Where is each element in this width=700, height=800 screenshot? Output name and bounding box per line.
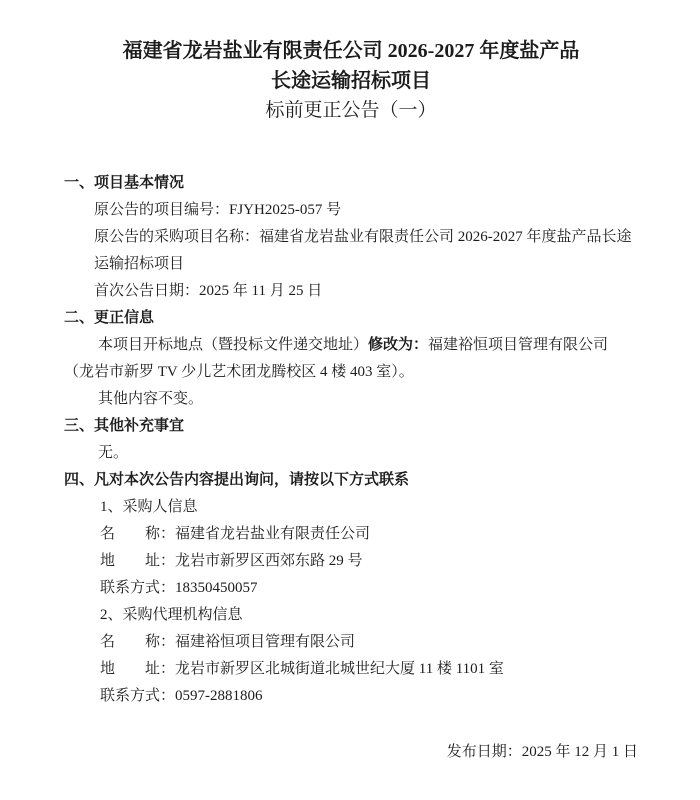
purchaser-address: 地 址：龙岩市新罗区西郊东路 29 号 xyxy=(64,548,638,575)
supplementary-content: 无。 xyxy=(64,440,638,467)
section-correction-info: 二、更正信息 本项目开标地点（暨投标文件递交地址）修改为：福建裕恒项目管理有限公… xyxy=(64,305,638,413)
document-body: 一、项目基本情况 原公告的项目编号：FJYH2025-057 号 原公告的采购项… xyxy=(64,170,638,710)
document-content: 福建省龙岩盐业有限责任公司 2026-2027 年度盐产品 长途运输招标项目 标… xyxy=(0,0,700,710)
correction-bold-label: 修改为： xyxy=(368,337,428,353)
section-supplementary: 三、其他补充事宜 无。 xyxy=(64,413,638,467)
project-name: 原公告的采购项目名称：福建省龙岩盐业有限责任公司 2026-2027 年度盐产品… xyxy=(64,224,638,278)
agency-name: 名 称：福建裕恒项目管理有限公司 xyxy=(64,629,638,656)
agency-subheading: 2、采购代理机构信息 xyxy=(64,602,638,629)
agency-contact: 联系方式：0597-2881806 xyxy=(64,683,638,710)
correction-notice-document: 福建省龙岩盐业有限责任公司 2026-2027 年度盐产品 长途运输招标项目 标… xyxy=(0,0,700,800)
correction-paragraph: 本项目开标地点（暨投标文件递交地址）修改为：福建裕恒项目管理有限公司（龙岩市新罗… xyxy=(64,332,638,386)
purchaser-name: 名 称：福建省龙岩盐业有限责任公司 xyxy=(64,521,638,548)
unchanged-note: 其他内容不变。 xyxy=(64,386,638,413)
title-line-2: 长途运输招标项目 xyxy=(64,66,638,96)
document-subtitle: 标前更正公告（一） xyxy=(64,96,638,125)
purchaser-contact: 联系方式：18350450057 xyxy=(64,575,638,602)
document-title: 福建省龙岩盐业有限责任公司 2026-2027 年度盐产品 长途运输招标项目 xyxy=(64,36,638,96)
purchaser-subheading: 1、采购人信息 xyxy=(64,494,638,521)
section1-heading: 一、项目基本情况 xyxy=(64,170,638,197)
project-number: 原公告的项目编号：FJYH2025-057 号 xyxy=(64,197,638,224)
agency-address: 地 址：龙岩市新罗区北城街道北城世纪大厦 11 楼 1101 室 xyxy=(64,656,638,683)
section-contact: 四、凡对本次公告内容提出询问，请按以下方式联系 1、采购人信息 名 称：福建省龙… xyxy=(64,467,638,710)
publish-date: 发布日期：2025 年 12 月 1 日 xyxy=(447,740,638,764)
section-basic-info: 一、项目基本情况 原公告的项目编号：FJYH2025-057 号 原公告的采购项… xyxy=(64,170,638,305)
section3-heading: 三、其他补充事宜 xyxy=(64,413,638,440)
first-notice-date: 首次公告日期：2025 年 11 月 25 日 xyxy=(64,278,638,305)
title-line-1: 福建省龙岩盐业有限责任公司 2026-2027 年度盐产品 xyxy=(64,36,638,66)
section2-heading: 二、更正信息 xyxy=(64,305,638,332)
section4-heading: 四、凡对本次公告内容提出询问，请按以下方式联系 xyxy=(64,467,638,494)
correction-prefix: 本项目开标地点（暨投标文件递交地址） xyxy=(98,337,368,353)
